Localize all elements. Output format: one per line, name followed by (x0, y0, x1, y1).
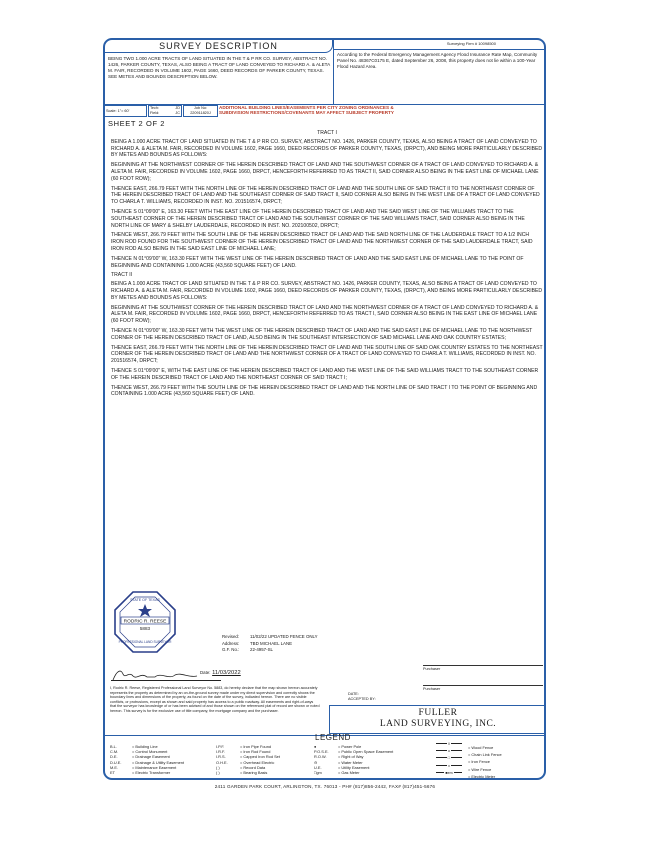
surveyor-seal-icon: RODRIC R. REESE 5883 STATE OF TEXAS PROF… (113, 590, 177, 654)
legend-description: = Electric Transformer (132, 770, 170, 775)
info-row: Scale: 1"= 60' Tech: JD Field: JC Job No… (105, 104, 544, 118)
job-number: 220911820J (185, 111, 216, 116)
scale-cell: Scale: 1"= 60' (105, 105, 147, 117)
address-label: Address: (222, 641, 250, 648)
tract1-paragraph: THENCE EAST, 266.79 FEET WITH THE NORTH … (111, 186, 543, 206)
legend-symbol: ■em (436, 773, 468, 780)
purchaser-signature-1: Purchaser (423, 665, 543, 671)
survey-description-title: SURVEY DESCRIPTION (105, 40, 333, 53)
flood-note: According to the Federal Emergency Manag… (337, 52, 543, 70)
purchaser-signature-2: Purchaser (423, 685, 543, 691)
tract-2-paragraphs: BEING A 1.000 ACRE TRACT OF LAND SITUATE… (111, 281, 543, 398)
legend-title: LEGEND (315, 733, 351, 742)
signature-date: Date: 11/03/2022 (200, 670, 241, 676)
legend-column-2: I.P.F.= Iron Pipe FoundI.R.F.= Iron Rod … (216, 744, 280, 775)
scale-value: Scale: 1"= 60' (106, 109, 129, 113)
legend-symbol: ET (110, 770, 132, 775)
firm-address-footer: 2411 GARDEN PARK COURT, ARLINGTON, TX. 7… (0, 784, 650, 789)
signature-icon (111, 668, 201, 682)
firm-name-box: FULLER LAND SURVEYING, INC. (329, 705, 546, 734)
tract-1-heading: TRACT I (111, 130, 543, 137)
metes-and-bounds: TRACT I BEING A 1.000 ACRE TRACT OF LAND… (111, 128, 543, 401)
legend-description: = Wire Fence (468, 767, 491, 772)
tract2-paragraph: THENCE N 01°09'00" W, 163.30 FEET WITH T… (111, 328, 543, 342)
tract1-paragraph: THENCE N 01°09'00" W, 163.30 FEET WITH T… (111, 256, 543, 270)
tract1-paragraph: THENCE S 01°09'00" E, 163.30 FEET WITH T… (111, 209, 543, 229)
survey-description-text: BEING TWO 1.000 ACRE TRACTS OF LAND SITU… (108, 56, 330, 80)
tech-label: Tech: (150, 106, 159, 110)
acceptance-block: DATE: ACCEPTED BY: (348, 692, 376, 702)
legend-description: = Wood Fence (468, 745, 493, 750)
date-value: 11/03/2022 (212, 670, 241, 676)
legend-symbol: ( ) (216, 770, 240, 775)
surveyor-certification: I, Rodric R. Reese, Registered Professio… (110, 686, 320, 714)
legend-description: = Bearing Basis (240, 770, 267, 775)
svg-text:PROFESSIONAL LAND SURVEYOR: PROFESSIONAL LAND SURVEYOR (119, 640, 172, 644)
flood-box: Surveying Firm # 10098500 According to t… (334, 40, 546, 104)
zoning-notice-line-2: SUBDIVISION RESTRICTIONS/COVENANTS MAY A… (219, 110, 394, 115)
gf-value: 22-4957-SL (250, 647, 273, 652)
firm-name-line-1: FULLER (330, 708, 546, 719)
tech-field-cell: Tech: JD Field: JC (148, 105, 182, 117)
date-label: Date: (200, 670, 211, 675)
svg-text:5883: 5883 (140, 626, 151, 631)
legend-item: ET= Electric Transformer (110, 770, 184, 775)
field-value: JC (175, 111, 180, 116)
revision-block: Revised:11/02/22 UPDATED FENCE ONLY Addr… (222, 634, 318, 654)
legend-description: = Electric Meter (468, 774, 495, 779)
tract1-paragraph: THENCE WEST, 266.79 FEET WITH THE SOUTH … (111, 232, 543, 252)
legend-column-4: //= Wood Fenceo= Chain Link Fence□= Iron… (436, 744, 502, 780)
job-cell: Job No: 220911820J (183, 105, 218, 117)
survey-sheet: SURVEY DESCRIPTION BEING TWO 1.000 ACRE … (103, 38, 546, 780)
tract-1-paragraphs: BEING A 1.000 ACRE TRACT OF LAND SITUATE… (111, 139, 543, 270)
surveying-firm-number: Surveying Firm # 10098500 (447, 41, 496, 46)
tract2-paragraph: BEING A 1.000 ACRE TRACT OF LAND SITUATE… (111, 281, 543, 301)
divider (334, 49, 546, 50)
svg-text:RODRIC R. REESE: RODRIC R. REESE (124, 619, 167, 625)
field-label: Field: (150, 111, 159, 115)
zoning-notice: ADDITIONAL BUILDING LINES/EASEMENTS PER … (219, 105, 394, 116)
legend-item: ( )= Bearing Basis (216, 770, 280, 775)
legend-item: □gm= Gas Meter (314, 770, 393, 775)
firm-name-line-2: LAND SURVEYING, INC. (330, 719, 546, 730)
tract2-paragraph: THENCE S 01°09'00" E, WITH THE EAST LINE… (111, 368, 543, 382)
sheet-number: SHEET 2 OF 2 (108, 119, 165, 128)
header-row: SURVEY DESCRIPTION BEING TWO 1.000 ACRE … (105, 40, 544, 105)
legend-item: ■em= Electric Meter (436, 773, 502, 780)
svg-text:STATE OF TEXAS: STATE OF TEXAS (130, 598, 160, 602)
legend-description: = Iron Fence (468, 759, 490, 764)
tract-2-heading: TRACT II (111, 272, 543, 279)
revised-value: 11/02/22 UPDATED FENCE ONLY (250, 634, 318, 639)
address-value: TBD MICHAEL LANE (250, 641, 292, 646)
tract2-paragraph: THENCE EAST, 266.79 FEET WITH THE NORTH … (111, 345, 543, 365)
legend-symbol: □gm (314, 770, 338, 775)
tract1-paragraph: BEING A 1.000 ACRE TRACT OF LAND SITUATE… (111, 139, 543, 159)
accepted-by-label: ACCEPTED BY: (348, 697, 376, 702)
revised-label: Revised: (222, 634, 250, 641)
tract2-paragraph: BEGINNING AT THE SOUTHWEST CORNER OF THE… (111, 305, 543, 325)
tract2-paragraph: THENCE WEST, 266.79 FEET WITH THE SOUTH … (111, 385, 543, 399)
legend-description: = Chain Link Fence (468, 752, 502, 757)
gf-label: G.F. No.: (222, 647, 250, 654)
legend-column-3: ●= Power PoleP.O.S.E.= Public Open Space… (314, 744, 393, 775)
legend-description: = Gas Meter (338, 770, 360, 775)
tract1-paragraph: BEGINNING AT THE NORTHWEST CORNER OF THE… (111, 162, 543, 182)
survey-description-box: SURVEY DESCRIPTION BEING TWO 1.000 ACRE … (105, 40, 334, 104)
legend-column-1: B.L.= Building LineC.M.= Control Monumen… (110, 744, 184, 775)
